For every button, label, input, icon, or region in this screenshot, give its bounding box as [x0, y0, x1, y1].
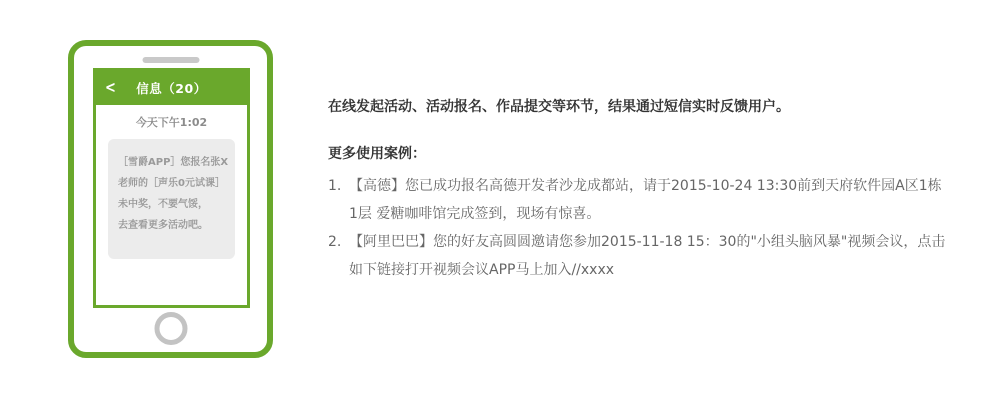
phone-screen: < 信息（20） 今天下午1:02 ［雪爵APP］您报名张X 老师的［声乐0元试…	[93, 68, 250, 308]
sms-line: 老师的［声乐0元试课］	[118, 173, 225, 194]
phone-speaker	[142, 57, 199, 63]
sms-line: 去查看更多活动吧。	[118, 215, 225, 236]
list-item-line: 如下链接打开视频会议APP马上加入//xxxx	[349, 256, 983, 284]
messages-header: < 信息（20）	[96, 71, 247, 105]
list-item: 1. 【高德】您已成功报名高德开发者沙龙成都站，请于2015-10-24 13:…	[328, 172, 983, 228]
back-chevron-icon: <	[105, 80, 116, 96]
sms-line: 未中奖，不要气馁，	[118, 194, 225, 215]
list-item-text: 【阿里巴巴】您的好友高圆圆邀请您参加2015-11-18 15：30的"小组头脑…	[349, 228, 983, 284]
sms-line: ［雪爵APP］您报名张X	[118, 152, 225, 173]
examples-list: 1. 【高德】您已成功报名高德开发者沙龙成都站，请于2015-10-24 13:…	[328, 172, 983, 284]
description-section: 在线发起活动、活动报名、作品提交等环节，结果通过短信实时反馈用户。 更多使用案例…	[328, 96, 983, 284]
list-item-line: 【高德】您已成功报名高德开发者沙龙成都站，请于2015-10-24 13:30前…	[349, 172, 983, 200]
messages-title: 信息（20）	[136, 79, 206, 97]
more-examples-heading: 更多使用案例：	[328, 143, 983, 165]
sms-timestamp: 今天下午1:02	[96, 114, 247, 130]
sms-message-bubble: ［雪爵APP］您报名张X 老师的［声乐0元试课］ 未中奖，不要气馁， 去查看更多…	[108, 139, 235, 259]
list-item-number: 1.	[328, 172, 349, 200]
list-item-number: 2.	[328, 228, 349, 256]
phone-mockup: < 信息（20） 今天下午1:02 ［雪爵APP］您报名张X 老师的［声乐0元试…	[68, 40, 273, 358]
intro-paragraph: 在线发起活动、活动报名、作品提交等环节，结果通过短信实时反馈用户。	[328, 96, 983, 118]
list-item: 2. 【阿里巴巴】您的好友高圆圆邀请您参加2015-11-18 15：30的"小…	[328, 228, 983, 284]
list-item-line: 1层 爱糖咖啡馆完成签到，现场有惊喜。	[349, 200, 983, 228]
list-item-text: 【高德】您已成功报名高德开发者沙龙成都站，请于2015-10-24 13:30前…	[349, 172, 983, 228]
list-item-line: 【阿里巴巴】您的好友高圆圆邀请您参加2015-11-18 15：30的"小组头脑…	[349, 228, 983, 256]
phone-home-button	[154, 312, 187, 345]
